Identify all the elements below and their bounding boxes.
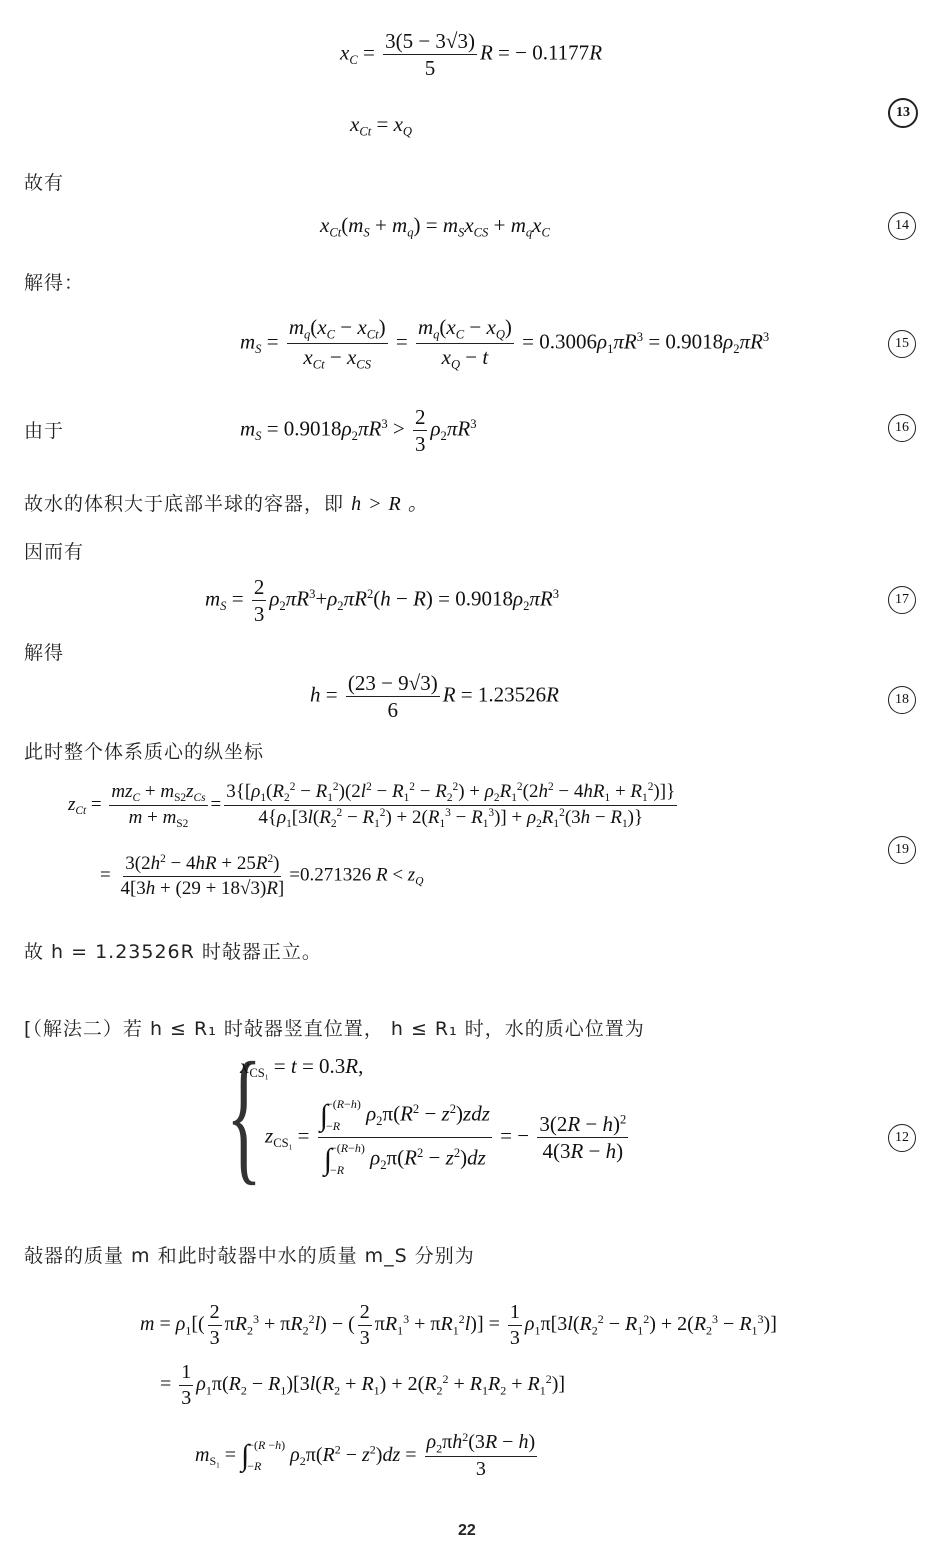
- text-yin-er-you: 因而有: [24, 537, 84, 564]
- equation-13: xCt = xQ: [350, 112, 412, 139]
- equation-16: mS = 0.9018ρ2πR3 > 23ρ2πR3: [240, 404, 477, 458]
- equation-19-line1: zCt = mzC + mS2zCsm + mS2=3{[ρ1(R22 − R1…: [68, 780, 680, 831]
- text-gu-you: 故有: [24, 168, 64, 195]
- text-conclusion-volume-cjk: 故水的体积大于底部半球的容器，即: [24, 493, 344, 515]
- equation-19-line2: = 3(2h2 − 4hR + 25R2)4[3h + (29 + 18√3)R…: [100, 852, 423, 901]
- text-conclusion-volume-math: h > R 。: [351, 493, 429, 515]
- equation-ms1: mS1 = ∫−(R −h)−R ρ2π(R2 − z2)dz = ρ2πh2(…: [195, 1430, 540, 1482]
- equation-number-18: 18: [888, 686, 916, 714]
- text-mass-intro: 敧器的质量 m 和此时敧器中水的质量 m_S 分别为: [24, 1241, 475, 1268]
- equation-number-14: 14: [888, 212, 916, 240]
- text-conclusion-volume: 故水的体积大于底部半球的容器，即 h > R 。: [24, 487, 429, 516]
- text-zong-zuobiao: 此时整个体系质心的纵坐标: [24, 737, 264, 764]
- equation-number-19: 19: [888, 836, 916, 864]
- text-jie-de: 解得: [24, 638, 64, 665]
- equation-m-line1: m = ρ1[(23πR23 + πR22l) − (23πR13 + πR12…: [140, 1300, 777, 1351]
- page-number: 22: [458, 1522, 476, 1540]
- equation-12-line1: xCS1 = t = 0.3R,: [240, 1054, 363, 1082]
- equation-14: xCt(mS + mq) = mSxCS + mqxC: [320, 213, 550, 240]
- text-conclusion-upright: 故 h = 1.23526R 时敧器正立。: [24, 937, 322, 964]
- equation-m-line2: = 13ρ1π(R2 − R1)[3l(R2 + R1) + 2(R22 + R…: [160, 1360, 565, 1411]
- equation-number-12: 12: [888, 1124, 916, 1152]
- equation-17: mS = 23ρ2πR3+ρ2πR2(h − R) = 0.9018ρ2πR3: [205, 574, 559, 628]
- text-you-yu: 由于: [24, 416, 64, 443]
- equation-number-15: 15: [888, 330, 916, 358]
- equation-number-16: 16: [888, 414, 916, 442]
- equation-number-13: 13: [888, 98, 918, 128]
- equation-18: h = (23 − 9√3)6R = 1.23526R: [310, 670, 559, 724]
- text-method-two: [（解法二）若 h ≤ R₁ 时敧器竖直位置， h ≤ R₁ 时，水的质心位置为: [24, 1014, 645, 1041]
- equation-xc: xC = 3(5 − 3√3)5R = − 0.1177R: [340, 28, 602, 82]
- equation-number-17: 17: [888, 586, 916, 614]
- text-jie-de-colon: 解得：: [24, 268, 84, 295]
- equation-15: mS = mq(xC − xCt)xCt − xCS = mq(xC − xQ)…: [240, 314, 769, 373]
- equation-12-line2: zCS1 = ∫−(R−h)−R ρ2π(R2 − z2)zdz∫−(R−h)−…: [265, 1094, 631, 1181]
